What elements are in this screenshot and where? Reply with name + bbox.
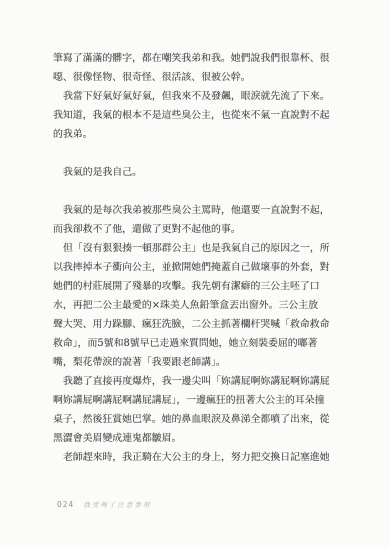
page-number: 024 — [57, 500, 74, 509]
text-line: 而我卻救不了他，還做了更對不起他的事。 — [53, 220, 333, 239]
text-line: 水，再把二公主最愛的×珠美人魚鉛筆盒丟出窗外。三公主放 — [53, 296, 333, 315]
text-line: 救命」，而5號和8號早已走過來質問她，她立刻裝委屈的嘟著 — [53, 334, 333, 353]
text-line: 我聽了直接再度爆炸，我一邊尖叫「妳講屁啊妳講屁啊妳講屁 — [53, 372, 333, 391]
text-line: 嘴，梨花帶淚的說著「我要跟老師講」。 — [53, 353, 333, 372]
text-line: 但「沒有狠狠揍一頓那群公主」也是我氣自己的原因之一，所 — [53, 239, 333, 258]
text-line: 我氣的是我自己。 — [53, 163, 333, 182]
text-line: 的我弟。 — [53, 125, 333, 144]
text-line: 桌子，然後狂賞她巴掌。她的鼻血眼淚及鼻涕全都噴了出來，從 — [53, 410, 333, 429]
text-line: 我氣的是每次我弟被那些臭公主罵時，他還要一直說對不起， — [53, 201, 333, 220]
book-page: 筆寫了滿滿的髒字，都在嘲笑我弟和我。她們說我們很靠杯、很 噁、很像怪物、很奇怪、… — [0, 0, 390, 548]
text-line: 噁、很像怪物、很奇怪、很活該、很被公幹。 — [53, 68, 333, 87]
text-line: 我當下好氣好氣好氣，但我來不及發飆，眼淚就先流了下來。 — [53, 87, 333, 106]
page-footer: 024 我受夠了注意事項 — [57, 500, 151, 509]
text-line: 啊妳講屁啊講屁啊講屁講屁」，一邊瘋狂的扭著大公主的耳朵撞 — [53, 391, 333, 410]
text-line: 筆寫了滿滿的髒字，都在嘲笑我弟和我。她們說我們很靠杯、很 — [53, 49, 333, 68]
running-title: 我受夠了注意事項 — [83, 500, 151, 509]
text-line: 黑澀會美眉變成連鬼都皺眉。 — [53, 429, 333, 448]
text-line: 老師趕來時，我正騎在大公主的身上，努力把交換日記塞進她 — [53, 448, 333, 467]
text-line: 我知道，我氣的根本不是這些臭公主，也從來不氣一直說對不起 — [53, 106, 333, 125]
text-line: 她們的村莊展開了殘暴的攻擊。我先朝有潔癖的三公主呸了口 — [53, 277, 333, 296]
text-line: 聲大哭、用力跺腳、瘋狂洗臉，二公主抓著欄杆哭喊「救命救命 — [53, 315, 333, 334]
body-text: 筆寫了滿滿的髒字，都在嘲笑我弟和我。她們說我們很靠杯、很 噁、很像怪物、很奇怪、… — [53, 49, 333, 467]
text-line: 以我摔掉本子衝向公主，並掀開她們掩蓋自己做壞事的外套，對 — [53, 258, 333, 277]
